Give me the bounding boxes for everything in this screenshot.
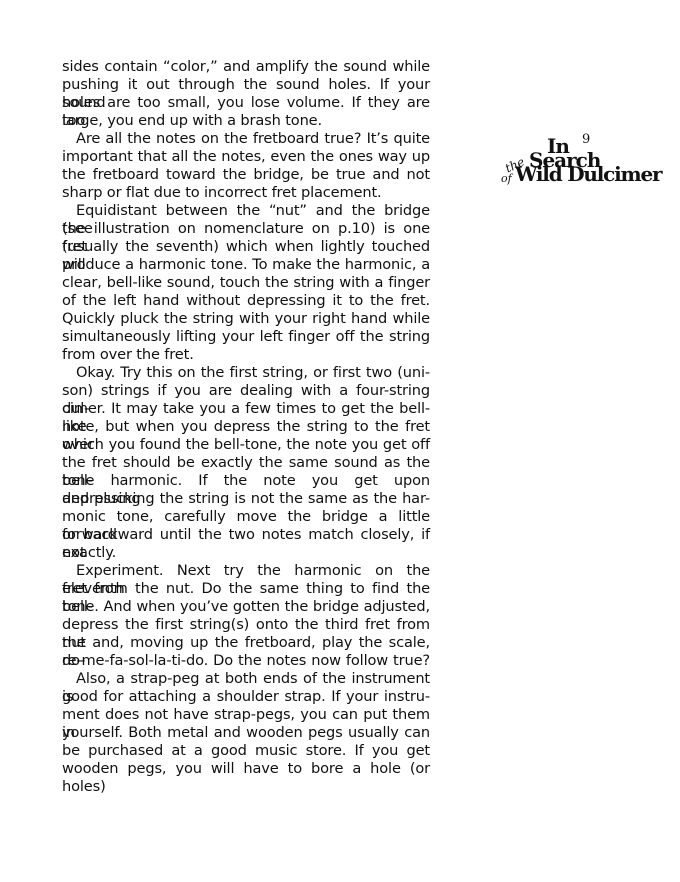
text-line: from over the fret. bbox=[62, 346, 430, 364]
text-line: (usually the seventh) which when lightly… bbox=[62, 238, 430, 256]
text-line: pushing it out through the sound holes. … bbox=[62, 76, 430, 94]
text-line: tone harmonic. If the note you get upon … bbox=[62, 472, 430, 490]
text-line: the fretboard toward the bridge, be true… bbox=[62, 166, 430, 184]
text-line: clear, bell-like sound, touch the string… bbox=[62, 274, 430, 292]
text-line: of the left hand without depressing it t… bbox=[62, 292, 430, 310]
page-number: 9 bbox=[582, 132, 590, 147]
text-line: which you found the bell-tone, the note … bbox=[62, 436, 430, 454]
text-line: tone. And when you’ve gotten the bridge … bbox=[62, 598, 430, 616]
text-line: or backward until the two notes match cl… bbox=[62, 526, 430, 544]
running-head-logo: In 9 Search the of Wild Dulcimer bbox=[503, 136, 653, 190]
body-text: sides contain “color,” and amplify the s… bbox=[62, 58, 430, 778]
text-line: nut and, moving up the fretboard, play t… bbox=[62, 634, 430, 652]
text-line: ment does not have strap-pegs, you can p… bbox=[62, 706, 430, 724]
text-line: simultaneously lifting your left finger … bbox=[62, 328, 430, 346]
text-line: exactly. bbox=[62, 544, 430, 562]
text-line: large, you end up with a brash tone. bbox=[62, 112, 430, 130]
text-line: the fret should be exactly the same soun… bbox=[62, 454, 430, 472]
text-line: note, but when you depress the string to… bbox=[62, 418, 430, 436]
text-line: cimer. It may take you a few times to ge… bbox=[62, 400, 430, 418]
text-line: re-me-fa-sol-la-ti-do. Do the notes now … bbox=[62, 652, 430, 670]
text-line: important that all the notes, even the o… bbox=[62, 148, 430, 166]
text-line: monic tone, carefully move the bridge a … bbox=[62, 508, 430, 526]
text-line: holes are too small, you lose volume. If… bbox=[62, 94, 430, 112]
text-line: be purchased at a good music store. If y… bbox=[62, 742, 430, 760]
paragraph-start-line: Equidistant between the “nut” and the br… bbox=[62, 202, 430, 220]
running-head-wild-dulcimer: Wild Dulcimer bbox=[515, 162, 661, 186]
text-line: the illustration on nomenclature on p.10… bbox=[62, 220, 430, 238]
paragraph-start-line: Experiment. Next try the harmonic on the… bbox=[62, 562, 430, 580]
book-page: In 9 Search the of Wild Dulcimer sides c… bbox=[0, 0, 680, 882]
paragraph-start-line: Okay. Try this on the first string, or f… bbox=[62, 364, 430, 382]
text-line: yourself. Both metal and wooden pegs usu… bbox=[62, 724, 430, 742]
text-line: Quickly pluck the string with your right… bbox=[62, 310, 430, 328]
text-line: wooden pegs, you will have to bore a hol… bbox=[62, 760, 430, 778]
text-line: and plucking the string is not the same … bbox=[62, 490, 430, 508]
text-line: sharp or flat due to incorrect fret plac… bbox=[62, 184, 430, 202]
paragraph-start-line: Also, a strap-peg at both ends of the in… bbox=[62, 670, 430, 688]
text-line: sides contain “color,” and amplify the s… bbox=[62, 58, 430, 76]
text-line: good for attaching a shoulder strap. If … bbox=[62, 688, 430, 706]
text-line: depress the first string(s) onto the thi… bbox=[62, 616, 430, 634]
paragraph-start-line: Are all the notes on the fretboard true?… bbox=[62, 130, 430, 148]
running-head-of: of bbox=[501, 172, 512, 185]
text-line: son) strings if you are dealing with a f… bbox=[62, 382, 430, 400]
text-line: fret from the nut. Do the same thing to … bbox=[62, 580, 430, 598]
text-line: produce a harmonic tone. To make the har… bbox=[62, 256, 430, 274]
